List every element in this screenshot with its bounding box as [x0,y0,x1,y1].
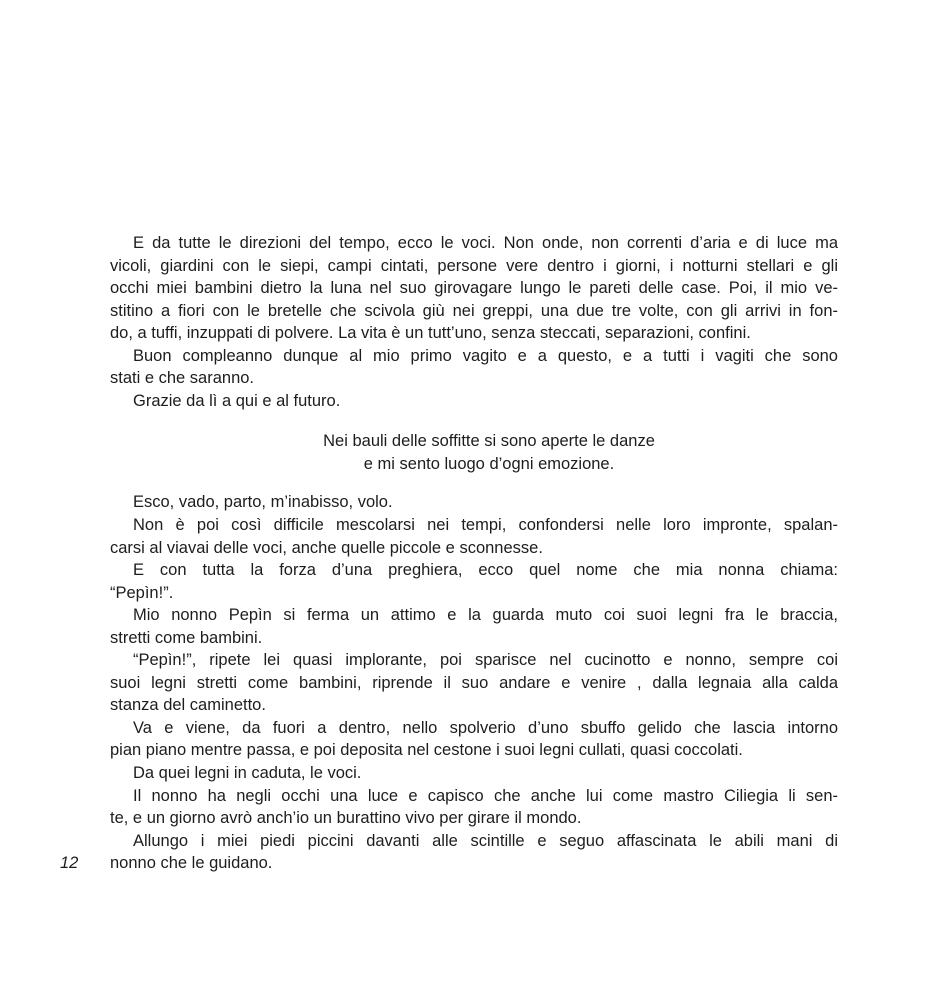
paragraph: Non è poi così difficile mescolarsi nei … [110,514,838,559]
text-line: nonno che le guidano. [110,852,838,875]
paragraph: Allungo i miei piedi piccini davanti all… [110,830,838,875]
text-line: “Pepìn!”. [110,582,838,605]
text-line: Da quei legni in caduta, le voci. [110,762,838,785]
text-line: stanza del caminetto. [110,694,838,717]
text-line: occhi miei bambini dietro la luna nel su… [110,277,838,300]
text-line: Va e viene, da fuori a dentro, nello spo… [110,717,838,740]
paragraph: E con tutta la forza d’una preghiera, ec… [110,559,838,604]
text-line: vicoli, giardini con le siepi, campi cin… [110,255,838,278]
paragraph: Il nonno ha negli occhi una luce e capis… [110,785,838,830]
text-line: Nei bauli delle soffitte si sono aperte … [140,430,838,453]
paragraph: “Pepìn!”, ripete lei quasi implorante, p… [110,649,838,717]
paragraph: Grazie da lì a qui e al futuro. [110,390,838,413]
text-line: Grazie da lì a qui e al futuro. [110,390,838,413]
text-line: Mio nonno Pepìn si ferma un attimo e la … [110,604,838,627]
text-line: carsi al viavai delle voci, anche quelle… [110,537,838,560]
paragraph: Da quei legni in caduta, le voci. [110,762,838,785]
centered-verse: Nei bauli delle soffitte si sono aperte … [110,430,838,475]
text-line: E con tutta la forza d’una preghiera, ec… [110,559,838,582]
text-line: Non è poi così difficile mescolarsi nei … [110,514,838,537]
text-line: stati e che saranno. [110,367,838,390]
paragraph: Buon compleanno dunque al mio primo vagi… [110,345,838,390]
text-line: Buon compleanno dunque al mio primo vagi… [110,345,838,368]
text-line: “Pepìn!”, ripete lei quasi implorante, p… [110,649,838,672]
text-line: suoi legni stretti come bambini, riprend… [110,672,838,695]
text-line: e mi sento luogo d’ogni emozione. [140,453,838,476]
text-line: Allungo i miei piedi piccini davanti all… [110,830,838,853]
text-line: stitino a fiori con le bretelle che sciv… [110,300,838,323]
text-line: E da tutte le direzioni del tempo, ecco … [110,232,838,255]
paragraph: Va e viene, da fuori a dentro, nello spo… [110,717,838,762]
text-block: E da tutte le direzioni del tempo, ecco … [110,232,838,875]
paragraph: E da tutte le direzioni del tempo, ecco … [110,232,838,345]
page-number: 12 [60,852,78,875]
paragraph: Mio nonno Pepìn si ferma un attimo e la … [110,604,838,649]
text-line: Il nonno ha negli occhi una luce e capis… [110,785,838,808]
text-line: stretti come bambini. [110,627,838,650]
text-line: pian piano mentre passa, e poi deposita … [110,739,838,762]
text-line: Esco, vado, parto, m’inabisso, volo. [110,491,838,514]
book-page: E da tutte le direzioni del tempo, ecco … [0,0,942,1000]
text-line: do, a tuffi, inzuppati di polvere. La vi… [110,322,838,345]
text-line: te, e un giorno avrò anch’io un burattin… [110,807,838,830]
paragraph: Esco, vado, parto, m’inabisso, volo. [110,491,838,514]
